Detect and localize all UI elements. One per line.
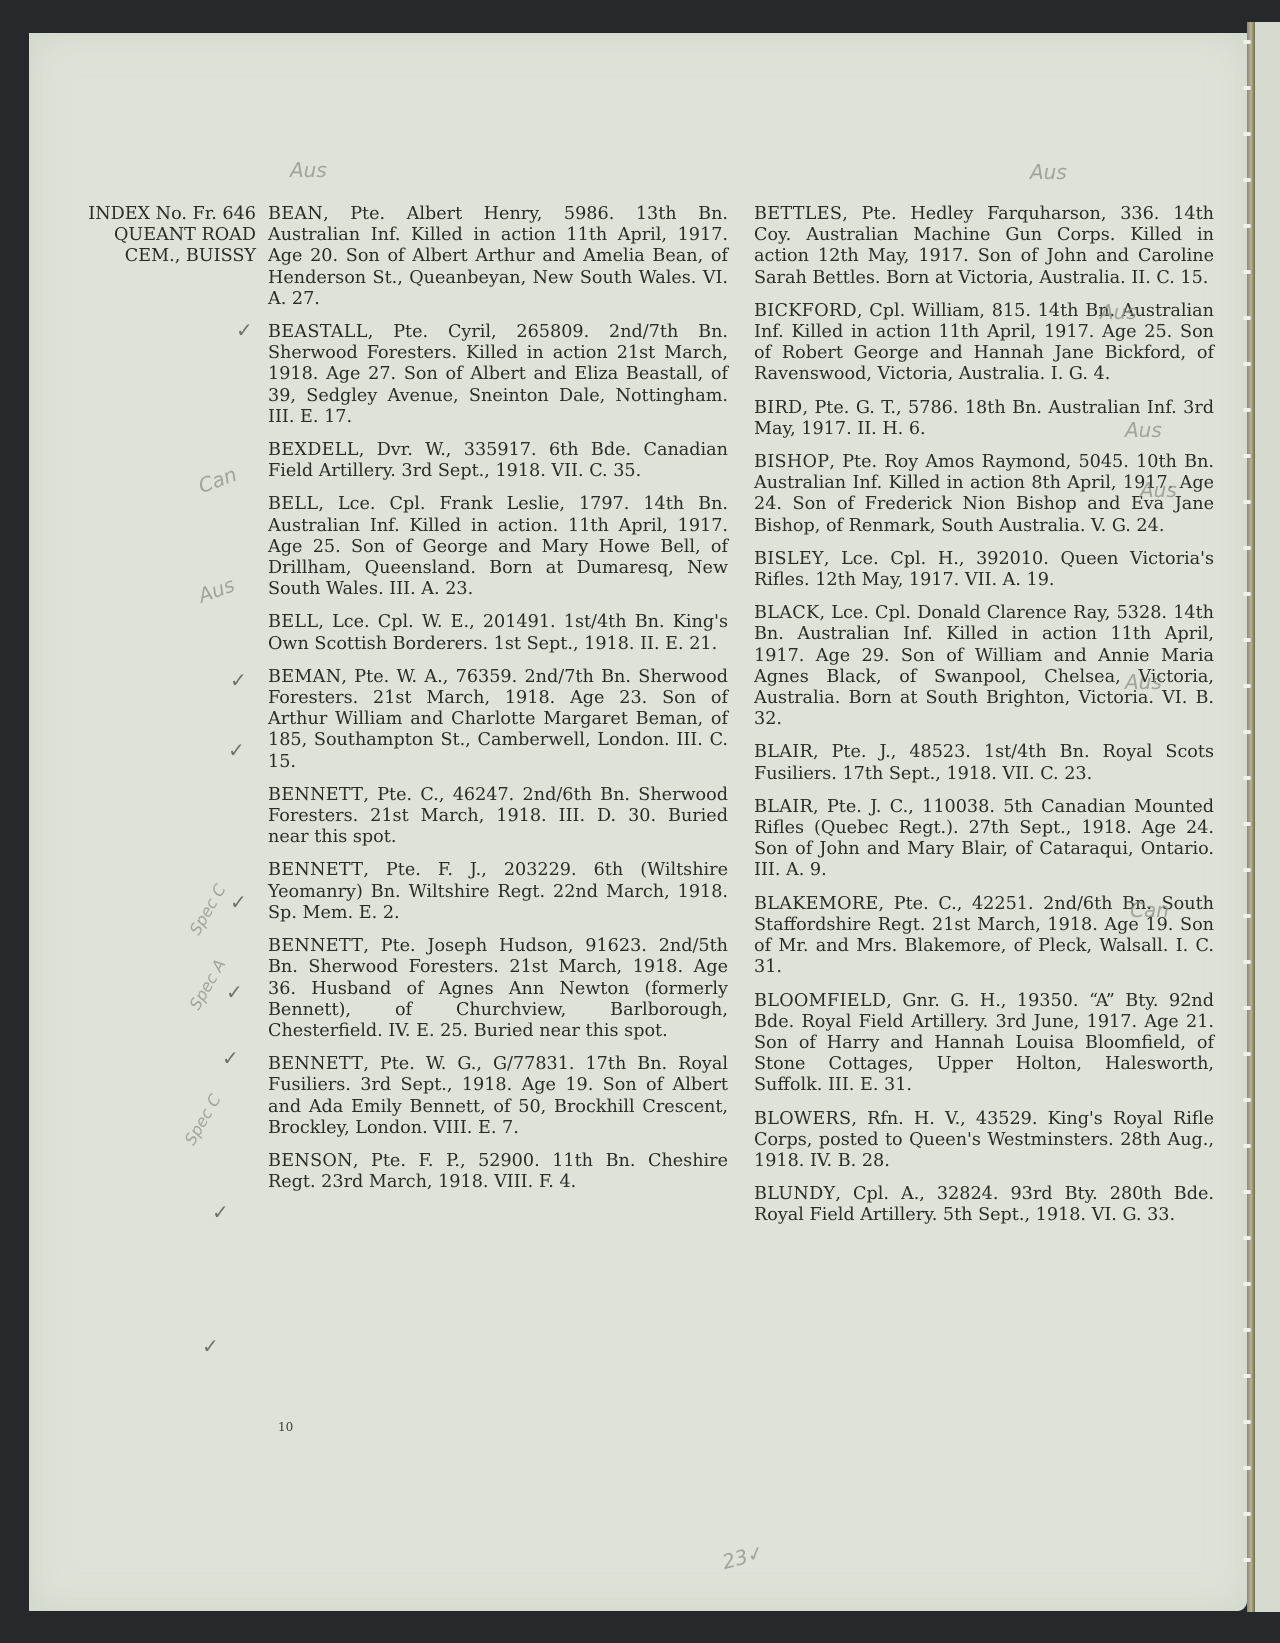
casualty-entry: BICKFORD, Cpl. William, 815. 14th Bn. Au… (754, 301, 1214, 386)
casualty-entry: BELL, Lce. Cpl. W. E., 201491. 1st/4th B… (268, 612, 728, 654)
check-mark-icon: ✓ (230, 890, 247, 914)
pencil-note-aus: Aus (1140, 478, 1177, 502)
entry-surname: BENSON (268, 1151, 353, 1171)
entry-surname: BLAIR (754, 797, 813, 817)
casualty-entry: BLACK, Lce. Cpl. Donald Clarence Ray, 53… (754, 603, 1214, 730)
binding-hole (1243, 684, 1251, 688)
entry-surname: BENNETT (268, 860, 363, 880)
casualty-entry: BENSON, Pte. F. P., 52900. 11th Bn. Ches… (268, 1151, 728, 1193)
binding-holes (1243, 40, 1253, 1600)
check-mark-icon: ✓ (226, 980, 243, 1004)
entry-surname: BLOWERS (754, 1109, 851, 1129)
right-column: BETTLES, Pte. Hedley Farquharson, 336. 1… (754, 204, 1214, 1239)
check-mark-icon: ✓ (222, 1046, 239, 1070)
entry-surname: BICKFORD (754, 301, 857, 321)
casualty-entry: BEXDELL, Dvr. W., 335917. 6th Bde. Canad… (268, 440, 728, 482)
entry-surname: BEAN (268, 204, 323, 224)
casualty-entry: BLUNDY, Cpl. A., 32824. 93rd Bty. 280th … (754, 1184, 1214, 1226)
index-number: INDEX No. Fr. 646 (60, 204, 256, 225)
casualty-entry: BENNETT, Pte. C., 46247. 2nd/6th Bn. She… (268, 785, 728, 849)
cemetery-location: CEM., BUISSY (60, 246, 256, 267)
check-mark-icon: ✓ (212, 1200, 229, 1224)
binding-hole (1243, 1282, 1251, 1286)
entry-details: , Pte. J. C., 110038. 5th Canadian Mount… (754, 797, 1214, 881)
binding-hole (1243, 1420, 1251, 1424)
entry-surname: BELL (268, 494, 318, 514)
casualty-entry: BETTLES, Pte. Hedley Farquharson, 336. 1… (754, 204, 1214, 289)
entry-details: , Lce. Cpl. H., 392010. Queen Victoria's… (754, 549, 1214, 590)
page-number: 10 (278, 1420, 293, 1434)
binding-hole (1243, 1328, 1251, 1332)
binding-hole (1243, 500, 1251, 504)
binding-hole (1243, 224, 1251, 228)
pencil-note-can: Can (1130, 898, 1169, 922)
casualty-entry: BISLEY, Lce. Cpl. H., 392010. Queen Vict… (754, 549, 1214, 591)
entry-surname: BLOOMFIELD (754, 991, 886, 1011)
entry-surname: BLAIR (754, 742, 813, 762)
binding-hole (1243, 1512, 1251, 1516)
binding-hole (1243, 822, 1251, 826)
binding-hole (1243, 868, 1251, 872)
binding-hole (1243, 86, 1251, 90)
binding-hole (1243, 592, 1251, 596)
casualty-entry: BEAN, Pte. Albert Henry, 5986. 13th Bn. … (268, 204, 728, 310)
binding-hole (1243, 776, 1251, 780)
adjacent-page-edge (1255, 22, 1280, 1612)
entry-surname: BIRD (754, 398, 802, 418)
cemetery-name: QUEANT ROAD (60, 225, 256, 246)
binding-hole (1243, 408, 1251, 412)
binding-hole (1243, 730, 1251, 734)
binding-hole (1243, 914, 1251, 918)
casualty-entry: BEASTALL, Pte. Cyril, 265809. 2nd/7th Bn… (268, 322, 728, 428)
check-mark-icon: ✓ (230, 668, 247, 692)
entry-surname: BLAKEMORE (754, 894, 879, 914)
casualty-entry: BLOOMFIELD, Gnr. G. H., 19350. “A” Bty. … (754, 991, 1214, 1097)
binding-hole (1243, 546, 1251, 550)
check-mark-icon: ✓ (236, 318, 253, 342)
binding-hole (1243, 1006, 1251, 1010)
casualty-entry: BLOWERS, Rfn. H. V., 43529. King's Royal… (754, 1109, 1214, 1173)
entry-details: , Pte. J., 48523. 1st/4th Bn. Royal Scot… (754, 742, 1214, 783)
entry-surname: BENNETT (268, 936, 363, 956)
pencil-note-aus: Aus (1100, 300, 1137, 324)
binding-hole (1243, 1374, 1251, 1378)
check-mark-icon: ✓ (228, 738, 245, 762)
entry-details: , Lce. Cpl. W. E., 201491. 1st/4th Bn. K… (268, 612, 728, 653)
binding-hole (1243, 1098, 1251, 1102)
entry-details: , Lce. Cpl. Frank Leslie, 1797. 14th Bn.… (268, 494, 728, 599)
binding-hole (1243, 316, 1251, 320)
binding-hole (1243, 132, 1251, 136)
binding-hole (1243, 1144, 1251, 1148)
entry-surname: BLUNDY (754, 1184, 835, 1204)
casualty-entry: BENNETT, Pte. W. G., G/77831. 17th Bn. R… (268, 1054, 728, 1139)
binding-hole (1243, 362, 1251, 366)
binding-hole (1243, 178, 1251, 182)
binding-hole (1243, 1052, 1251, 1056)
binding-hole (1243, 960, 1251, 964)
pencil-note-aus: Aus (290, 158, 327, 182)
binding-hole (1243, 270, 1251, 274)
binding-hole (1243, 40, 1251, 44)
binding-hole (1243, 1190, 1251, 1194)
binding-hole (1243, 638, 1251, 642)
binding-hole (1243, 1558, 1251, 1562)
check-mark-icon: ✓ (202, 1334, 219, 1358)
entry-surname: BETTLES (754, 204, 842, 224)
entry-surname: BEASTALL (268, 322, 368, 342)
casualty-entry: BLAIR, Pte. J., 48523. 1st/4th Bn. Royal… (754, 742, 1214, 784)
cemetery-index-label: INDEX No. Fr. 646 QUEANT ROAD CEM., BUIS… (60, 204, 256, 268)
casualty-entry: BENNETT, Pte. Joseph Hudson, 91623. 2nd/… (268, 936, 728, 1042)
pencil-note-aus: Aus (1125, 670, 1162, 694)
casualty-entry: BLAIR, Pte. J. C., 110038. 5th Canadian … (754, 797, 1214, 882)
binding-hole (1243, 454, 1251, 458)
entry-surname: BENNETT (268, 785, 363, 805)
entry-surname: BEXDELL (268, 440, 359, 460)
entry-surname: BISLEY (754, 549, 824, 569)
pencil-note-aus: Aus (1125, 418, 1162, 442)
entry-surname: BENNETT (268, 1054, 363, 1074)
entry-surname: BEMAN (268, 667, 341, 687)
casualty-entry: BENNETT, Pte. F. J., 203229. 6th (Wiltsh… (268, 860, 728, 924)
entry-details: , Pte. Albert Henry, 5986. 13th Bn. Aust… (268, 204, 728, 309)
entry-details: , Lce. Cpl. Donald Clarence Ray, 5328. 1… (754, 603, 1214, 729)
pencil-note-aus: Aus (1030, 160, 1067, 184)
entry-surname: BLACK (754, 603, 819, 623)
casualty-entry: BEMAN, Pte. W. A., 76359. 2nd/7th Bn. Sh… (268, 667, 728, 773)
binding-hole (1243, 1466, 1251, 1470)
entry-surname: BELL (268, 612, 318, 632)
entry-surname: BISHOP (754, 452, 829, 472)
left-column: BEAN, Pte. Albert Henry, 5986. 13th Bn. … (268, 204, 728, 1205)
binding-hole (1243, 1236, 1251, 1240)
casualty-entry: BELL, Lce. Cpl. Frank Leslie, 1797. 14th… (268, 494, 728, 600)
